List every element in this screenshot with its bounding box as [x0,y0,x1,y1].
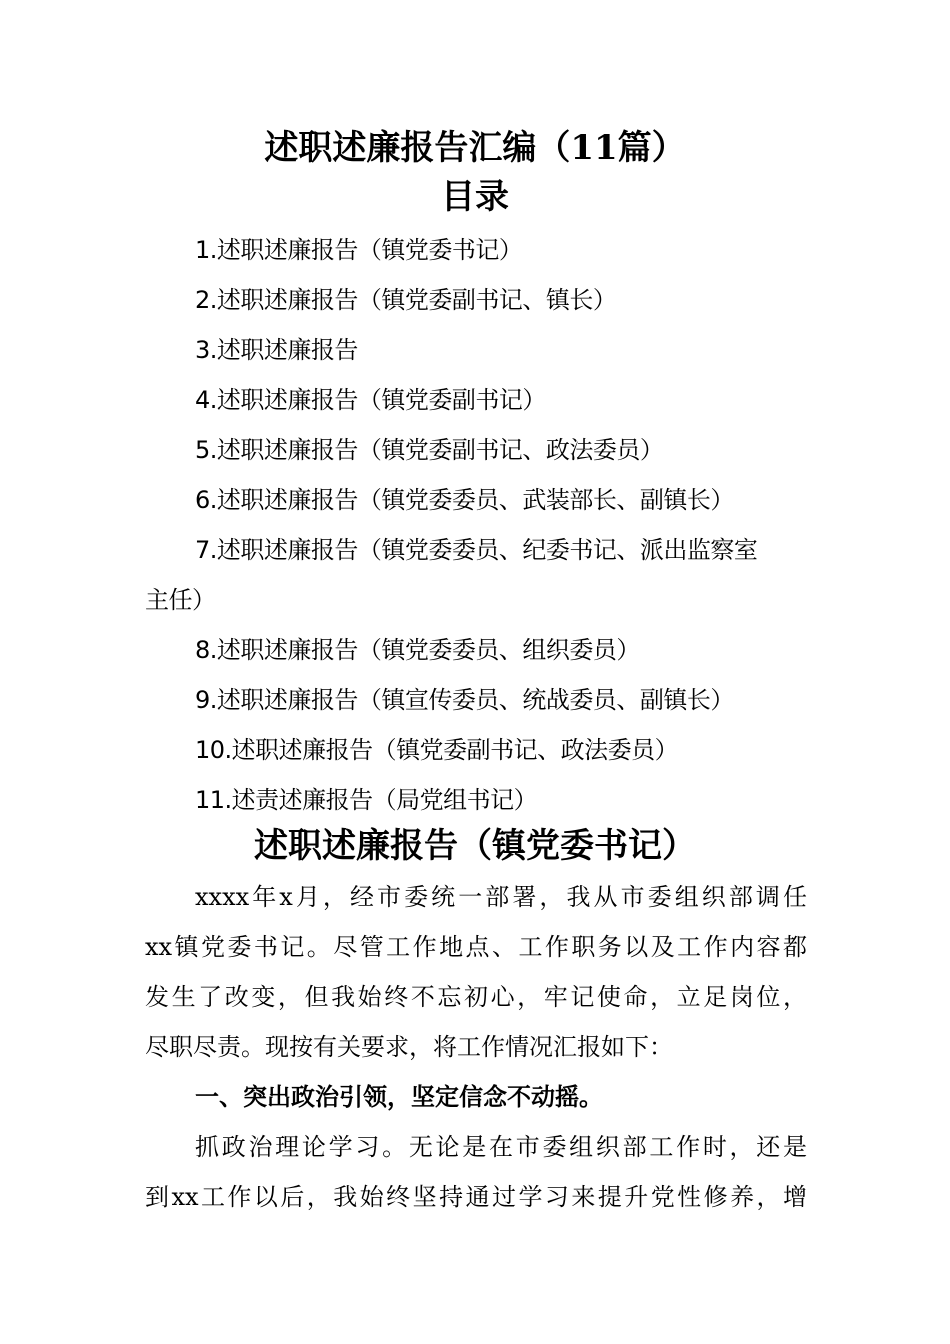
toc-item[interactable]: 1.述职述廉报告（镇党委书记） [195,234,522,266]
toc-item[interactable]: 4.述职述廉报告（镇党委副书记） [195,384,546,416]
paragraph-line: 发生了改变，但我始终不忘初心，牢记使命，立足岗位， [145,981,807,1013]
document-title: 述职述廉报告汇编（11篇） [0,126,950,170]
paragraph-line: 到xx工作以后，我始终坚持通过学习来提升党性修养，增 [145,1181,807,1213]
paragraph-line: xx镇党委书记。尽管工作地点、工作职务以及工作内容都 [145,931,807,963]
section-heading: 一、突出政治引领，坚定信念不动摇。 [195,1081,603,1113]
toc-item[interactable]: 3.述职述廉报告 [195,334,358,366]
toc-item[interactable]: 8.述职述廉报告（镇党委委员、组织委员） [195,634,640,666]
toc-item[interactable]: 2.述职述廉报告（镇党委副书记、镇长） [195,284,616,316]
paragraph-line: 抓政治理论学习。无论是在市委组织部工作时，还是 [195,1131,807,1163]
toc-item[interactable]: 10.述职述廉报告（镇党委副书记、政法委员） [195,734,678,766]
toc-item[interactable]: 7.述职述廉报告（镇党委委员、纪委书记、派出监察室 [195,534,757,566]
toc-item-continuation[interactable]: 主任） [145,584,216,616]
paragraph-line: xxxx年x月，经市委统一部署，我从市委组织部调任 [195,881,807,913]
document-page: 述职述廉报告汇编（11篇） 目录 1.述职述廉报告（镇党委书记） 2.述职述廉报… [0,0,950,1344]
section-title: 述职述廉报告（镇党委书记） [0,824,950,868]
toc-item[interactable]: 6.述职述廉报告（镇党委委员、武装部长、副镇长） [195,484,734,516]
toc-item[interactable]: 5.述职述廉报告（镇党委副书记、政法委员） [195,434,663,466]
toc-item[interactable]: 9.述职述廉报告（镇宣传委员、统战委员、副镇长） [195,684,734,716]
toc-item[interactable]: 11.述责述廉报告（局党组书记） [195,784,537,816]
toc-heading: 目录 [0,175,950,219]
paragraph-line: 尽职尽责。现按有关要求，将工作情况汇报如下： [145,1031,807,1063]
